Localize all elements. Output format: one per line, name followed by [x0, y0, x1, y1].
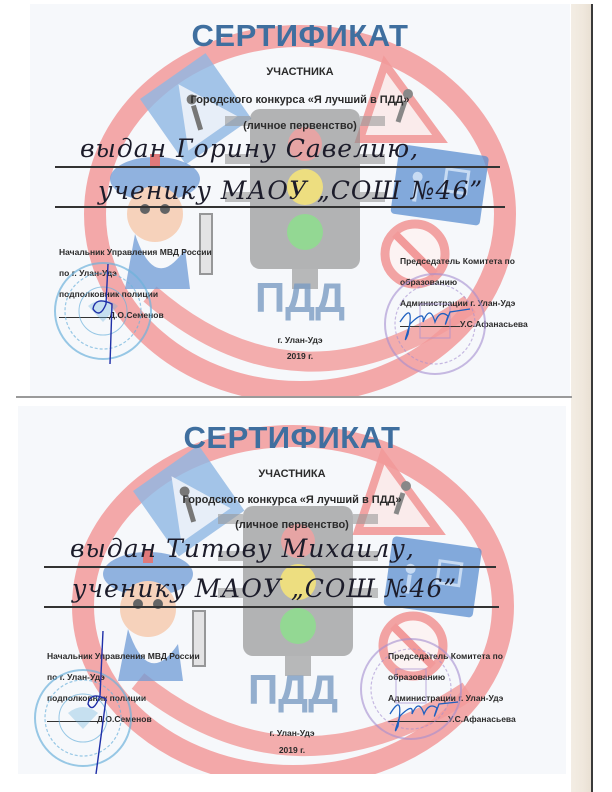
contest-name: Городского конкурса «Я лучший в ПДД» [30, 94, 570, 106]
contest-category: (личное первенство) [18, 519, 566, 531]
left-signatory-title: Начальник Управления МВД России [59, 242, 212, 263]
right-signatory-title: Председатель Комитета по [400, 251, 528, 272]
right-signatory-admin: Администрации г. Улан-Удэ [388, 688, 516, 709]
pdd-emblem-text: ПДД [255, 274, 345, 321]
left-signatory-title: Начальник Управления МВД России [47, 646, 200, 667]
scanned-page: ПДД СЕРТИФИКАТ УЧАСТНИКА Городского конк… [0, 0, 612, 792]
left-signatory-city: по г. Улан-Удэ [47, 667, 200, 688]
left-signatory: Начальник Управления МВД России по г. Ул… [59, 242, 212, 326]
underline-1 [55, 166, 500, 168]
right-signatory-dept: образованию [388, 667, 516, 688]
left-signatory-rank: подполковник полиции [47, 688, 200, 709]
left-signatory-rank: подполковник полиции [59, 284, 212, 305]
right-signatory-name: У.С.Афанасьева [460, 319, 528, 329]
paper-edge [571, 4, 592, 792]
right-signatory: Председатель Комитета по образованию Адм… [400, 251, 528, 335]
right-signatory-name: У.С.Афанасьева [448, 714, 516, 724]
left-signatory-name: Д.О.Семенов [109, 310, 164, 320]
certificate-subtitle: УЧАСТНИКА [18, 468, 566, 480]
recipient-line-2: ученику МАОУ „СОШ №46” [72, 574, 457, 603]
right-signatory-dept: образованию [400, 272, 528, 293]
left-signature-line [47, 711, 97, 722]
scan-border [591, 4, 593, 792]
issue-year: 2019 г. [18, 745, 566, 755]
right-signature-line [400, 316, 460, 327]
right-signatory-title: Председатель Комитета по [388, 646, 516, 667]
left-signatory: Начальник Управления МВД России по г. Ул… [47, 646, 200, 730]
right-signatory: Председатель Комитета по образованию Адм… [388, 646, 516, 730]
underline-1 [44, 566, 496, 568]
left-signatory-city: по г. Улан-Удэ [59, 263, 212, 284]
left-signatory-name: Д.О.Семенов [97, 714, 152, 724]
recipient-line-1: выдан Горину Савелию, [80, 134, 419, 163]
right-signatory-admin: Администрации г. Улан-Удэ [400, 293, 528, 314]
certificate-title: СЕРТИФИКАТ [30, 18, 570, 54]
right-signature-line [388, 711, 448, 722]
recipient-line-1: выдан Титову Михаилу, [70, 534, 415, 563]
recipient-line-2: ученику МАОУ „СОШ №46” [98, 176, 483, 205]
issue-city: г. Улан-Удэ [18, 728, 566, 738]
certificate-1: ПДД СЕРТИФИКАТ УЧАСТНИКА Городского конк… [30, 4, 570, 396]
left-signature-line [59, 307, 109, 318]
underline-2 [55, 206, 505, 208]
certificate-title: СЕРТИФИКАТ [18, 420, 566, 456]
underline-2 [44, 606, 499, 608]
certificate-subtitle: УЧАСТНИКА [30, 66, 570, 78]
contest-category: (личное первенство) [30, 120, 570, 132]
issue-city: г. Улан-Удэ [30, 335, 570, 345]
contest-name: Городского конкурса «Я лучший в ПДД» [18, 494, 566, 506]
certificate-2: ПДД СЕРТИФИКАТ УЧАСТНИКА Городского конк… [18, 406, 566, 774]
sheet-divider [16, 396, 572, 398]
issue-year: 2019 г. [30, 351, 570, 361]
pdd-emblem-text: ПДД [248, 666, 338, 713]
